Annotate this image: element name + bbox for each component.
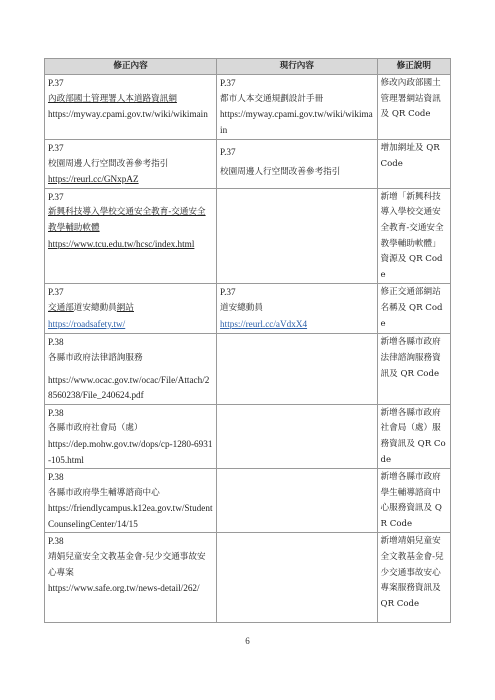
resource-title: 各縣市政府社會局（處） [48,421,213,437]
table-row: P.38 各縣市政府法律諮詢服務 https://www.ocac.gov.tw… [45,334,451,404]
current-cell-empty [217,533,378,623]
header-revised-content: 修正內容 [45,59,217,75]
note-cell: 新增各縣市政府社會局（處）服務資訊及 QR Code [377,404,450,468]
note-cell: 新增靖娟兒童安全文教基金會-兒少交通事故安心專案服務資訊及 QR Code [377,533,450,623]
note-cell: 新增「新興科技導入學校交通安全教育-交通安全教學輔助軟體」資源及 QR Code [377,188,450,284]
current-cell: P.37 校園周邊人行空間改善參考指引 [217,140,378,189]
page-ref: P.37 [48,285,213,301]
current-cell-empty [217,469,378,533]
revised-cell: P.38 各縣市政府學生輔導諮商中心 https://friendlycampu… [45,469,217,533]
page-ref: P.37 [48,76,213,92]
table-row: P.37 新興科技導入學校交通安全教育-交通安全教學輔助軟體 https://w… [45,188,451,284]
resource-url[interactable]: https://myway.cpami.gov.tw/wiki/wikimain [220,107,374,138]
revised-cell: P.37 校園周邊人行空間改善參考指引 https://reurl.cc/GNx… [45,140,217,189]
resource-title: 道安總動員 [220,301,374,317]
page-ref: P.37 [220,145,374,161]
resource-title: 都市人本交通規劃設計手冊 [220,92,374,108]
title-plain-part: 道安總動員 [74,303,117,313]
resource-title: 內政部國土管理署人本道路資訊網 [48,92,213,108]
resource-url[interactable]: https://dep.mohw.gov.tw/dops/cp-1280-693… [48,437,213,468]
table-row: P.37 內政部國土管理署人本道路資訊網 https://myway.cpami… [45,75,451,140]
resource-url[interactable]: https://friendlycampus.k12ea.gov.tw/Stud… [48,501,213,532]
resource-title: 交通部道安總動員網站 [48,301,213,317]
note-cell: 增加網址及 QR Code [377,140,450,189]
table-row: P.37 交通部道安總動員網站 https://roadsafety.tw/ P… [45,284,451,334]
resource-url[interactable]: https://www.tcu.edu.tw/hcsc/index.html [48,237,213,253]
note-cell: 修改內政部國土管理署網站資訊及 QR Code [377,75,450,140]
table-row: P.38 靖娟兒童安全文教基金會-兒少交通事故安心專案 https://www.… [45,533,451,623]
resource-link[interactable]: https://reurl.cc/aVdxX4 [220,317,374,333]
resource-title: 各縣市政府學生輔導諮商中心 [48,486,213,502]
resource-url[interactable]: https://myway.cpami.gov.tw/wiki/wikimain [48,107,213,123]
page-ref: P.38 [48,406,213,422]
resource-title: 靖娟兒童安全文教基金會-兒少交通事故安心專案 [48,550,213,581]
current-cell-empty [217,404,378,468]
page-ref: P.38 [48,335,213,351]
table-header-row: 修正內容 現行內容 修正說明 [45,59,451,75]
note-cell: 修正交通部網站名稱及 QR Code [377,284,450,334]
current-cell-empty [217,188,378,284]
current-cell: P.37 道安總動員 https://reurl.cc/aVdxX4 [217,284,378,334]
page-ref: P.37 [48,190,213,206]
resource-title: 校園周邊人行空間改善參考指引 [48,157,213,173]
note-cell: 新增各縣市政府學生輔導諮商中心服務資訊及 QR Code [377,469,450,533]
page-ref: P.37 [220,285,374,301]
page-ref: P.37 [48,141,213,157]
revised-cell: P.37 交通部道安總動員網站 https://roadsafety.tw/ [45,284,217,334]
table-row: P.38 各縣市政府社會局（處） https://dep.mohw.gov.tw… [45,404,451,468]
note-cell: 新增各縣市政府法律諮詢服務資訊及 QR Code [377,334,450,404]
header-revision-note: 修正說明 [377,59,450,75]
page-number: 6 [0,636,495,646]
resource-title: 新興科技導入學校交通安全教育-交通安全教學輔助軟體 [48,205,213,236]
page-ref: P.38 [48,470,213,486]
resource-title: 校園周邊人行空間改善參考指引 [220,165,374,181]
resource-url[interactable]: https://www.safe.org.tw/news-detail/262/ [48,581,213,597]
revision-comparison-table: 修正內容 現行內容 修正說明 P.37 內政部國土管理署人本道路資訊網 http… [44,58,451,623]
table-row: P.38 各縣市政府學生輔導諮商中心 https://friendlycampu… [45,469,451,533]
title-underlined-part: 交通部 [48,303,74,313]
revised-cell: P.38 靖娟兒童安全文教基金會-兒少交通事故安心專案 https://www.… [45,533,217,623]
header-current-content: 現行內容 [217,59,378,75]
page-ref: P.38 [48,534,213,550]
page-ref: P.37 [220,76,374,92]
resource-url[interactable]: https://www.ocac.gov.tw/ocac/File/Attach… [48,373,213,404]
table-row: P.37 校園周邊人行空間改善參考指引 https://reurl.cc/GNx… [45,140,451,189]
revised-cell: P.37 新興科技導入學校交通安全教育-交通安全教學輔助軟體 https://w… [45,188,217,284]
revised-cell: P.38 各縣市政府社會局（處） https://dep.mohw.gov.tw… [45,404,217,468]
revised-cell: P.38 各縣市政府法律諮詢服務 https://www.ocac.gov.tw… [45,334,217,404]
resource-title: 各縣市政府法律諮詢服務 [48,351,213,367]
resource-link[interactable]: https://roadsafety.tw/ [48,317,213,333]
current-cell: P.37 都市人本交通規劃設計手冊 https://myway.cpami.go… [217,75,378,140]
revised-cell: P.37 內政部國土管理署人本道路資訊網 https://myway.cpami… [45,75,217,140]
resource-url[interactable]: https://reurl.cc/GNxpAZ [48,172,213,188]
current-cell-empty [217,334,378,404]
title-underlined-part: 網站 [117,303,134,313]
